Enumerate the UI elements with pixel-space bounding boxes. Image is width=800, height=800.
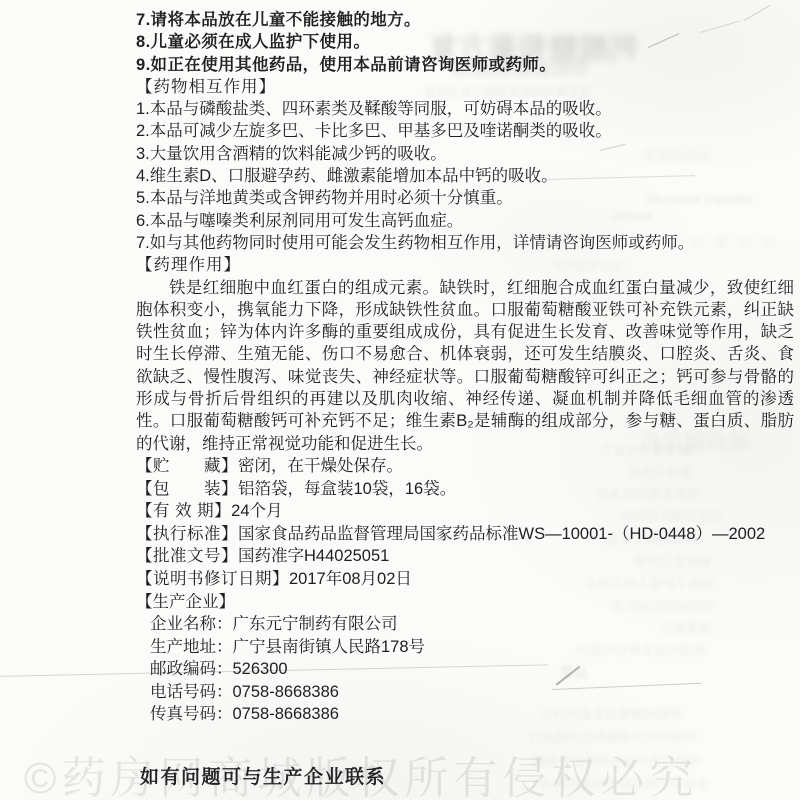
company-name-value: 广东元宁制药有限公司 bbox=[233, 615, 398, 633]
precaution-line-8: 8.儿童必须在成人监护下使用。 bbox=[136, 31, 794, 53]
company-name-row: 企业名称：广东元宁制药有限公司 bbox=[150, 613, 794, 636]
postcode-row: 邮政编码：526300 bbox=[150, 658, 794, 681]
interaction-item-4: 4.维生素D、口服避孕药、雌激素能增加本品中钙的吸收。 bbox=[136, 165, 794, 187]
packaging-value: 铝箔袋，每盒装10袋，16袋。 bbox=[238, 480, 456, 498]
standard-value: 国家食品药品监督管理局国家药品标准WS—10001-（HD-0448）—2002 bbox=[238, 525, 765, 543]
precaution-line-7: 7.请将本品放在儿童不能接触的地方。 bbox=[136, 9, 794, 31]
scanned-drug-leaflet-page: ©药房网商城版权所有侵权必究 钙酸糖萄葡方复书明说粒颗液溶含支每为份组其剂制方复… bbox=[0, 0, 800, 800]
revision-label: 【说明书修订日期】 bbox=[136, 570, 289, 588]
company-name-label: 企业名称： bbox=[150, 615, 233, 633]
interaction-item-7: 7.如与其他药物同时使用可能会发生药物相互作用，详情请咨询医师或药师。 bbox=[136, 232, 794, 254]
approval-label: 【批准文号】 bbox=[136, 547, 238, 565]
approval-value: 国药准字H44025051 bbox=[238, 547, 389, 565]
interaction-item-2: 2.本品可减少左旋多巴、卡比多巴、甲基多巴及喹诺酮类的吸收。 bbox=[136, 120, 794, 142]
address-value: 广宁县南街镇人民路178号 bbox=[233, 638, 426, 656]
address-row: 生产地址：广宁县南街镇人民路178号 bbox=[150, 636, 794, 659]
pharmacology-paragraph: 铁是红细胞中血红蛋白的组成元素。缺铁时，红细胞合成血红蛋白量减少，致使红细胞体积… bbox=[136, 277, 794, 455]
interaction-item-6: 6.本品与噻嗪类利尿剂同用可发生高钙血症。 bbox=[136, 210, 794, 232]
shelf-life-label: 【有 效 期】 bbox=[136, 502, 231, 520]
address-label: 生产地址： bbox=[150, 638, 233, 656]
leaflet-body-text: 7.请将本品放在儿童不能接触的地方。 8.儿童必须在成人监护下使用。 9.如正在… bbox=[136, 9, 794, 726]
standard-field: 【执行标准】国家食品药品监督管理局国家药品标准WS—10001-（HD-0448… bbox=[136, 523, 794, 546]
approval-number-field: 【批准文号】国药准字H44025051 bbox=[136, 545, 794, 568]
phone-value: 0758-8668386 bbox=[233, 683, 339, 701]
revision-date-field: 【说明书修订日期】2017年08月02日 bbox=[136, 568, 794, 591]
section-header-drug-interactions: 【药物相互作用】 bbox=[136, 76, 794, 98]
fax-value: 0758-8668386 bbox=[233, 705, 339, 723]
shelf-life-value: 24个月 bbox=[231, 502, 282, 520]
precautions-block: 7.请将本品放在儿童不能接触的地方。 8.儿童必须在成人监护下使用。 9.如正在… bbox=[136, 9, 794, 76]
revision-value: 2017年08月02日 bbox=[289, 570, 412, 588]
phone-row: 电话号码：0758-8668386 bbox=[150, 681, 794, 704]
contact-manufacturer-note: 如有问题可与生产企业联系 bbox=[140, 762, 386, 789]
storage-label: 【贮 藏】 bbox=[136, 457, 238, 475]
precaution-line-9: 9.如正在使用其他药品，使用本品前请咨询医师或药师。 bbox=[136, 54, 794, 76]
fields-block: 【贮 藏】密闭，在干燥处保存。 【包 装】铝箔袋，每盒装10袋，16袋。 【有 … bbox=[136, 455, 794, 613]
drug-interactions-block: 1.本品与磷酸盐类、四环素类及鞣酸等同服，可妨碍本品的吸收。 2.本品可减少左旋… bbox=[136, 98, 794, 254]
packaging-label: 【包 装】 bbox=[136, 480, 238, 498]
shelf-life-field: 【有 效 期】24个月 bbox=[136, 500, 794, 523]
interaction-item-5: 5.本品与洋地黄类或含钾药物并用时必须十分慎重。 bbox=[136, 187, 794, 209]
fax-row: 传真号码：0758-8668386 bbox=[150, 703, 794, 726]
standard-label: 【执行标准】 bbox=[136, 525, 238, 543]
storage-value: 密闭，在干燥处保存。 bbox=[238, 457, 403, 475]
storage-field: 【贮 藏】密闭，在干燥处保存。 bbox=[136, 455, 794, 478]
fax-label: 传真号码： bbox=[150, 705, 233, 723]
section-header-pharmacology: 【药理作用】 bbox=[136, 254, 794, 276]
section-header-manufacturer: 【生产企业】 bbox=[136, 591, 794, 614]
postcode-label: 邮政编码： bbox=[150, 660, 233, 678]
postcode-value: 526300 bbox=[233, 660, 288, 678]
packaging-field: 【包 装】铝箔袋，每盒装10袋，16袋。 bbox=[136, 478, 794, 501]
interaction-item-1: 1.本品与磷酸盐类、四环素类及鞣酸等同服，可妨碍本品的吸收。 bbox=[136, 98, 794, 120]
phone-label: 电话号码： bbox=[150, 683, 233, 701]
manufacturer-block: 企业名称：广东元宁制药有限公司 生产地址：广宁县南街镇人民路178号 邮政编码：… bbox=[150, 613, 794, 726]
interaction-item-3: 3.大量饮用含酒精的饮料能减少钙的吸收。 bbox=[136, 143, 794, 165]
